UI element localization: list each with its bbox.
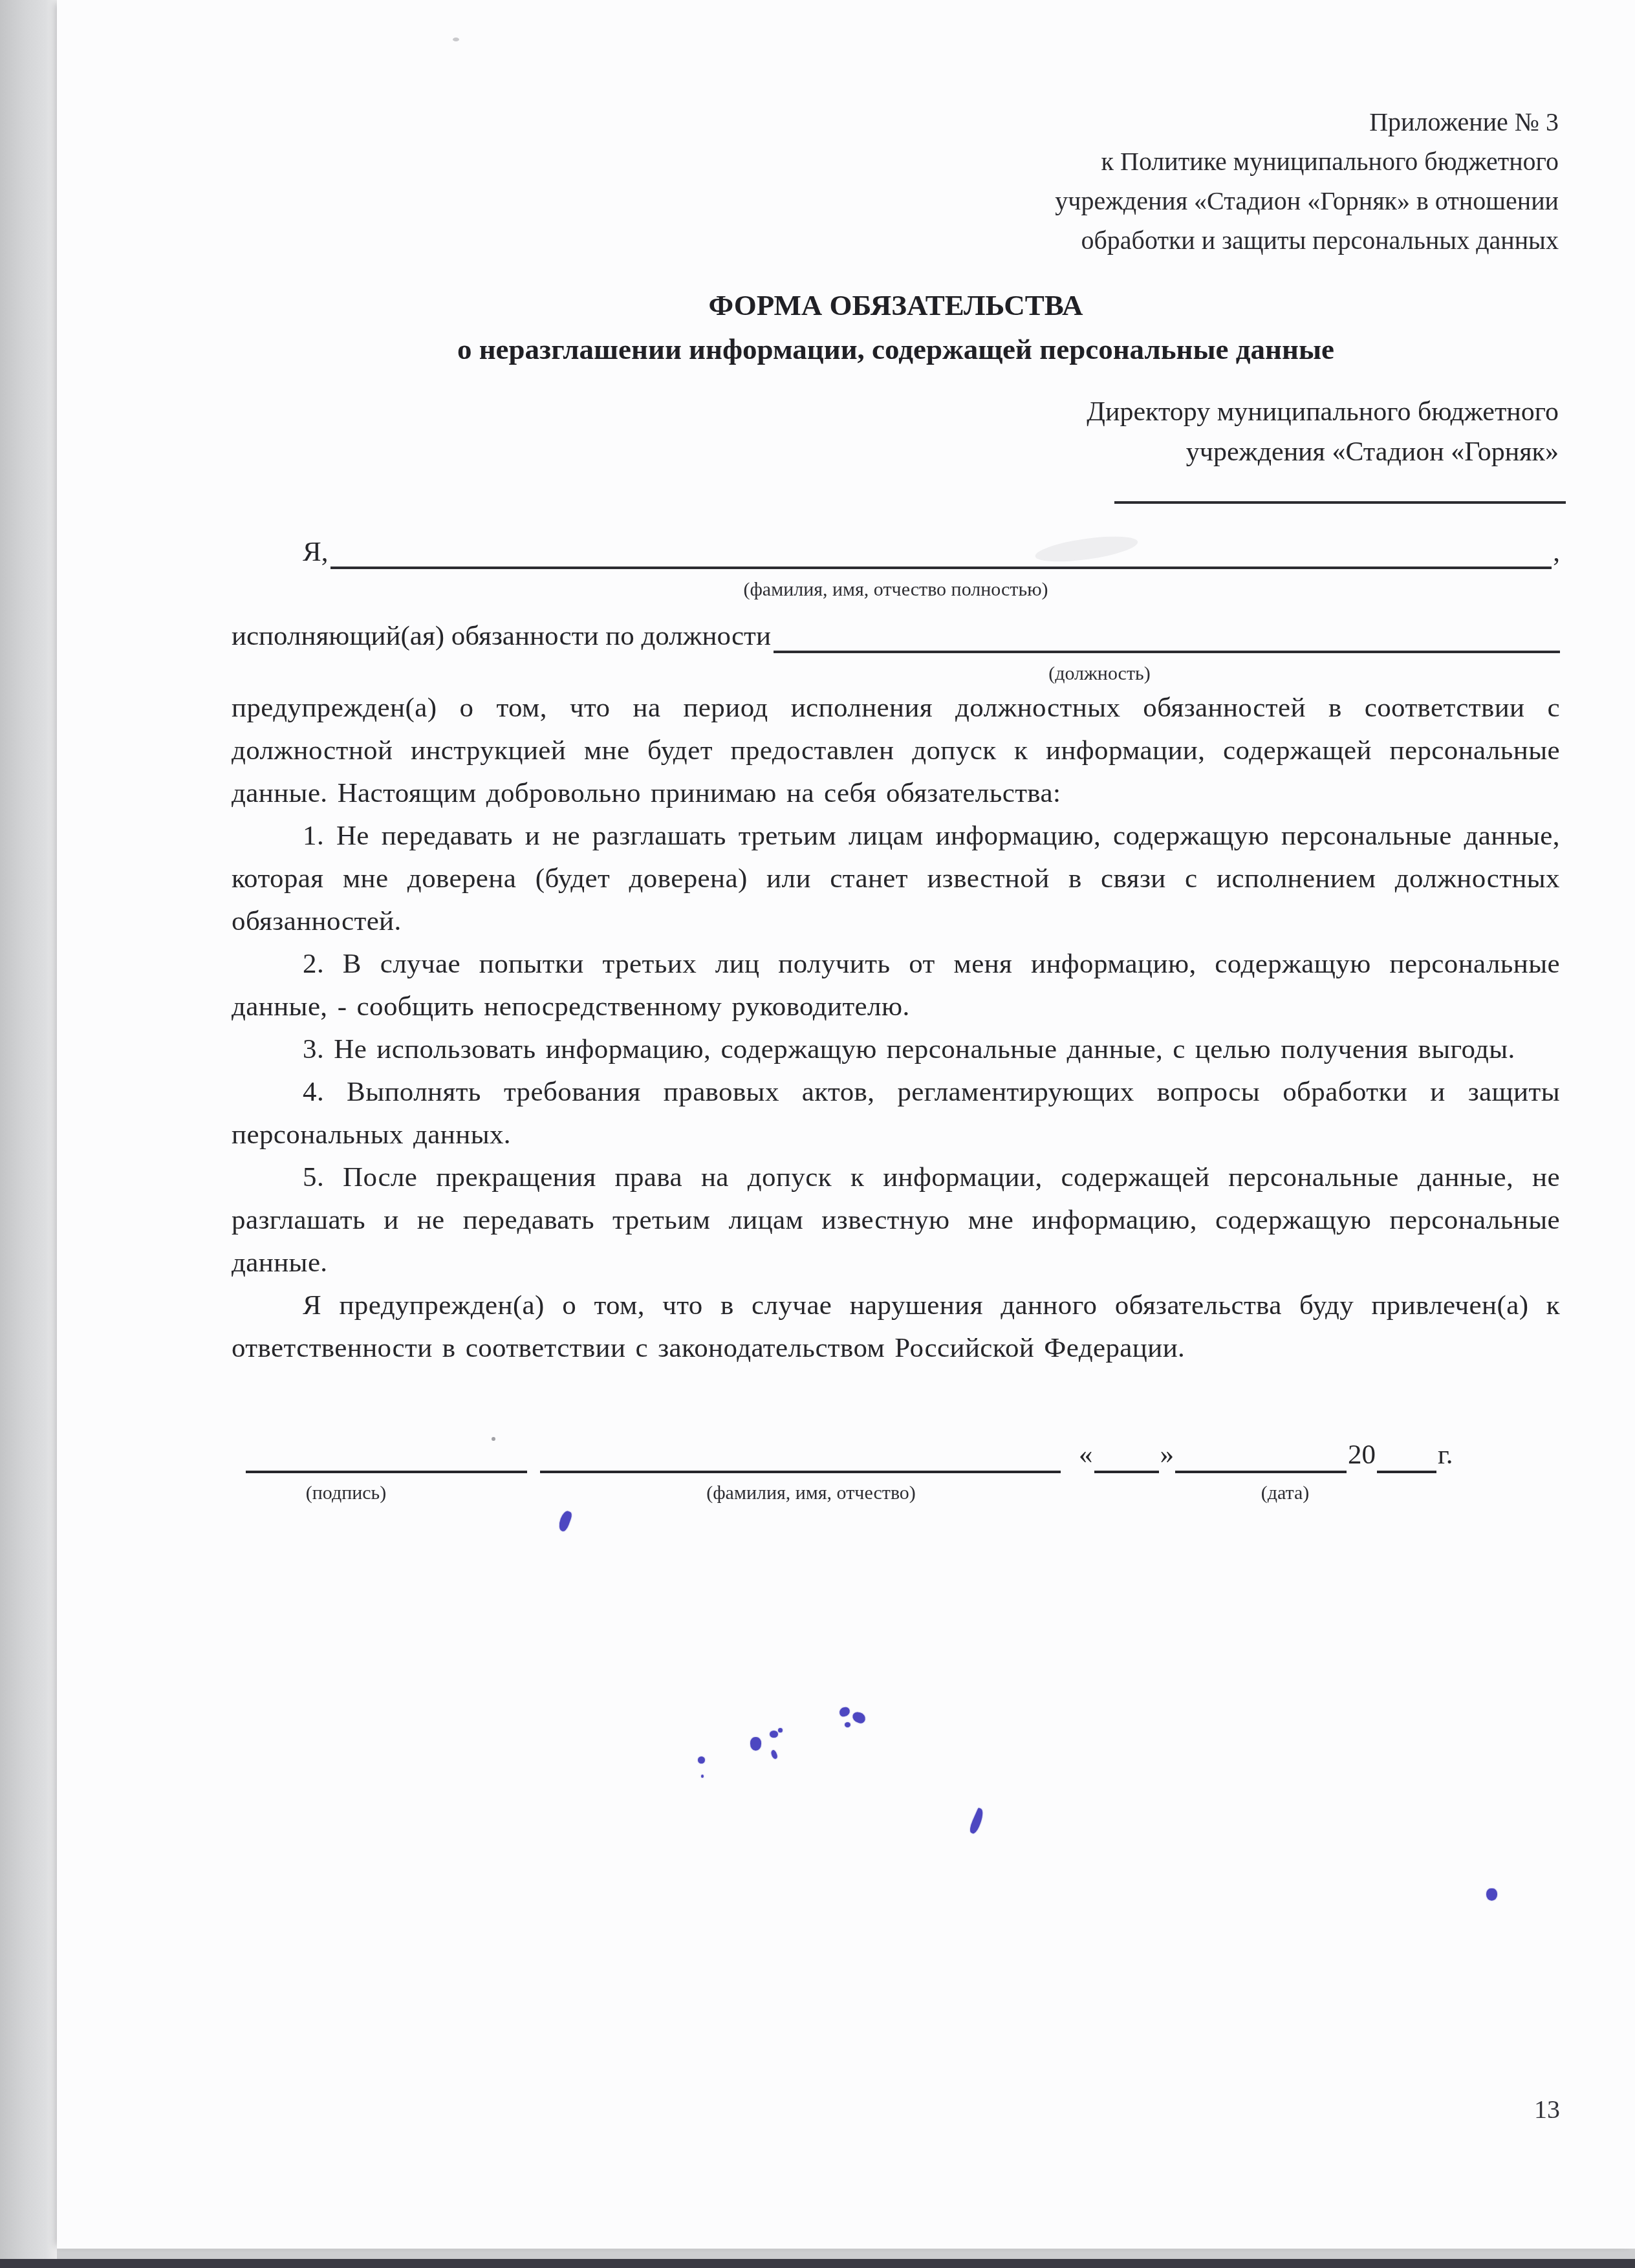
intro-paragraph: предупрежден(а) о том, что на период исп…	[232, 687, 1560, 815]
signature-fio-caption: (фамилия, имя, отчество)	[692, 1482, 930, 1504]
title-line-2: о неразглашении информации, содержащей п…	[232, 327, 1560, 371]
ink-speck	[750, 1737, 761, 1751]
ink-speck	[839, 1707, 850, 1718]
title-line-1: ФОРМА ОБЯЗАТЕЛЬСТВА	[232, 283, 1560, 327]
document-title: ФОРМА ОБЯЗАТЕЛЬСТВА о неразглашении инфо…	[232, 283, 1560, 371]
position-row: исполняющий(ая) обязанности по должности	[232, 622, 1560, 653]
page-number: 13	[1534, 2094, 1560, 2124]
obligation-item-1: 1. Не передавать и не разглашать третьим…	[232, 815, 1560, 943]
ink-speck	[851, 1711, 866, 1724]
position-caption: (должность)	[905, 663, 1294, 685]
obligation-body: предупрежден(а) о том, что на период исп…	[232, 687, 1560, 1370]
position-blank-line	[774, 644, 1560, 653]
date-year-prefix: 20	[1347, 1439, 1377, 1473]
position-lead-text: исполняющий(ая) обязанности по должности	[232, 620, 774, 653]
obligation-item-5: 5. После прекращения права на допуск к и…	[232, 1156, 1560, 1284]
date-quote-open: «	[1077, 1439, 1094, 1473]
ink-speck	[770, 1731, 778, 1738]
ink-speck	[968, 1808, 986, 1835]
date-month-blank-line	[1175, 1464, 1347, 1473]
ink-speck	[845, 1722, 850, 1727]
appendix-line: к Политике муниципального бюджетного	[1055, 142, 1559, 181]
date-year-blank-line	[1377, 1464, 1436, 1473]
obligation-item-2: 2. В случае попытки третьих лиц получить…	[232, 943, 1560, 1028]
appendix-header: Приложение № 3 к Политике муниципального…	[1055, 102, 1559, 260]
dust-speck	[453, 38, 459, 41]
date-quote-close: »	[1159, 1439, 1176, 1473]
addressee-block: Директору муниципального бюджетного учре…	[1087, 392, 1559, 472]
dust-speck	[492, 1437, 495, 1441]
obligation-item-4: 4. Выполнять требования правовых актов, …	[232, 1071, 1560, 1156]
document-content: Приложение № 3 к Политике муниципального…	[0, 0, 1635, 2268]
appendix-number: Приложение № 3	[1055, 102, 1559, 142]
full-name-row: Я, ,	[232, 538, 1560, 569]
addressee-line: учреждения «Стадион «Горняк»	[1087, 432, 1559, 472]
full-name-caption: (фамилия, имя, отчество полностью)	[232, 579, 1560, 601]
date-day-blank-line	[1094, 1464, 1159, 1473]
addressee-line: Директору муниципального бюджетного	[1087, 392, 1559, 432]
date-caption: (дата)	[1220, 1482, 1350, 1504]
signature-fio-blank-line	[540, 1464, 1061, 1473]
ink-speck	[778, 1728, 783, 1733]
closing-paragraph: Я предупрежден(а) о том, что в случае на…	[232, 1284, 1560, 1370]
ink-speck	[557, 1509, 573, 1532]
ink-speck	[770, 1749, 778, 1760]
addressee-blank-line	[1114, 501, 1566, 504]
signature-blank-line	[246, 1464, 527, 1473]
ink-speck	[698, 1756, 705, 1764]
signature-row: « » 20 г.	[246, 1440, 1455, 1473]
appendix-line: учреждения «Стадион «Горняк» в отношении	[1055, 181, 1559, 221]
full-name-blank-line	[330, 560, 1552, 569]
scanned-document-page: Приложение № 3 к Политике муниципального…	[0, 0, 1635, 2268]
ink-speck	[1486, 1888, 1497, 1901]
appendix-line: обработки и защиты персональных данных	[1055, 221, 1559, 260]
date-year-suffix: г.	[1436, 1439, 1455, 1473]
i-prefix: Я,	[303, 536, 330, 569]
ink-speck	[701, 1775, 704, 1778]
obligation-item-3: 3. Не использовать информацию, содержащу…	[232, 1028, 1560, 1071]
i-suffix: ,	[1552, 536, 1560, 569]
signature-caption: (подпись)	[246, 1482, 446, 1504]
